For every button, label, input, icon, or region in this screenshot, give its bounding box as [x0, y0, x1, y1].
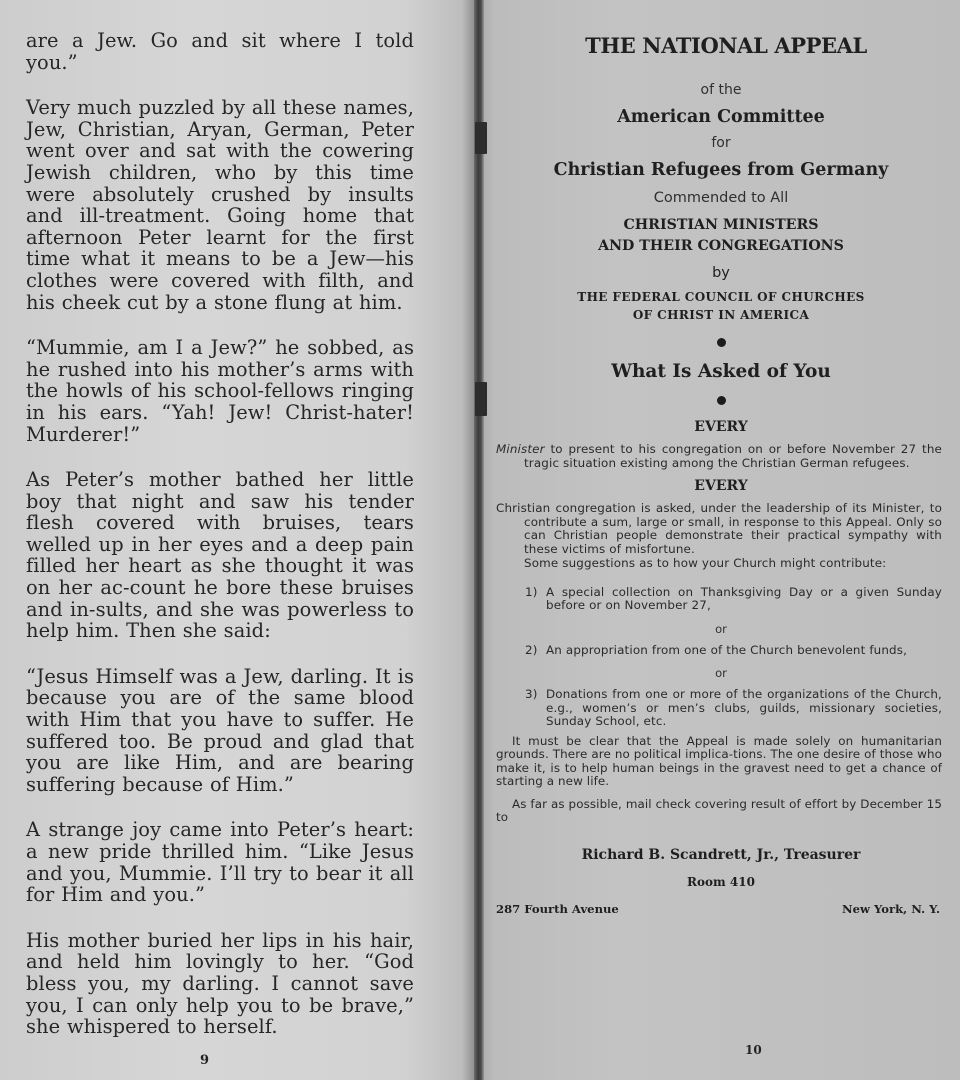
booklet-spread: are a Jew. Go and sit where I told you.”… — [0, 0, 960, 1080]
option-text: A special collection on Thanksgiving Day… — [546, 586, 942, 613]
or-separator: or — [496, 622, 946, 636]
staple-top-icon — [475, 122, 487, 154]
mailing-address: 287 Fourth Avenue New York, N. Y. — [496, 902, 946, 916]
connector-of-the: of the — [496, 82, 946, 98]
ministers-heading: CHRISTIAN MINISTERS AND THEIR CONGREGATI… — [496, 215, 946, 257]
room-number: Room 410 — [496, 875, 946, 889]
minister-instruction: Minister to present to his congregation … — [496, 443, 942, 470]
binding-gutter — [474, 0, 484, 1080]
humanitarian-note: It must be clear that the Appeal is made… — [496, 735, 942, 789]
every-heading-2: EVERY — [496, 478, 946, 494]
story-paragraph: Very much puzzled by all these names, Je… — [26, 97, 414, 313]
left-page: are a Jew. Go and sit where I told you.”… — [0, 0, 476, 1080]
story-paragraph: A strange joy came into Peter’s heart: a… — [26, 819, 414, 905]
minister-text: to present to his congregation on or bef… — [524, 442, 942, 470]
or-separator: or — [496, 666, 946, 680]
story-paragraph: are a Jew. Go and sit where I told you.” — [26, 30, 414, 73]
story-paragraph: “Jesus Himself was a Jew, darling. It is… — [26, 666, 414, 796]
congregation-text: Christian congregation is asked, under t… — [496, 501, 942, 556]
connector-by: by — [496, 265, 946, 281]
contribution-option: 1) A special collection on Thanksgiving … — [525, 586, 942, 613]
staple-bottom-icon — [475, 382, 487, 416]
page-number-left: 9 — [200, 1053, 209, 1068]
congregation-instruction: Christian congregation is asked, under t… — [496, 502, 942, 571]
council-line-1: THE FEDERAL COUNCIL OF CHURCHES — [496, 288, 946, 306]
connector-for: for — [496, 135, 946, 151]
treasurer-name: Richard B. Scandrett, Jr., Treasurer — [496, 847, 946, 863]
mailing-note: As far as possible, mail check covering … — [496, 798, 942, 825]
page-number-right: 10 — [745, 1043, 762, 1057]
street-address: 287 Fourth Avenue — [496, 902, 619, 916]
appeal-title: THE NATIONAL APPEAL — [496, 33, 946, 58]
right-page: THE NATIONAL APPEAL of the American Comm… — [476, 0, 960, 1080]
every-heading-1: EVERY — [496, 419, 946, 435]
bullet-dot-icon — [717, 338, 726, 347]
story-text: are a Jew. Go and sit where I told you.”… — [26, 30, 414, 1038]
minister-lead-word: Minister — [496, 442, 545, 456]
section-heading: What Is Asked of You — [496, 361, 946, 382]
federal-council: THE FEDERAL COUNCIL OF CHURCHES OF CHRIS… — [496, 288, 946, 324]
refugees-line: Christian Refugees from Germany — [496, 160, 946, 180]
story-paragraph: As Peter’s mother bathed her little boy … — [26, 469, 414, 642]
story-paragraph: His mother buried her lips in his hair, … — [26, 930, 414, 1038]
bullet-dot-icon — [717, 396, 726, 405]
option-number: 3) — [525, 688, 546, 729]
option-text: Donations from one or more of the organi… — [546, 688, 942, 729]
ministers-line-2: AND THEIR CONGREGATIONS — [496, 236, 946, 257]
contribution-option: 2) An appropriation from one of the Chur… — [525, 644, 942, 658]
contribution-option: 3) Donations from one or more of the org… — [525, 688, 942, 729]
option-number: 1) — [525, 586, 546, 613]
option-text: An appropriation from one of the Church … — [546, 644, 942, 658]
suggestions-text: Some suggestions as to how your Church m… — [524, 557, 942, 571]
option-number: 2) — [525, 644, 546, 658]
commended-line: Commended to All — [496, 190, 946, 206]
council-line-2: OF CHRIST IN AMERICA — [496, 306, 946, 324]
city-address: New York, N. Y. — [842, 902, 940, 916]
ministers-line-1: CHRISTIAN MINISTERS — [496, 215, 946, 236]
committee-name: American Committee — [496, 107, 946, 127]
story-paragraph: “Mummie, am I a Jew?” he sobbed, as he r… — [26, 337, 414, 445]
